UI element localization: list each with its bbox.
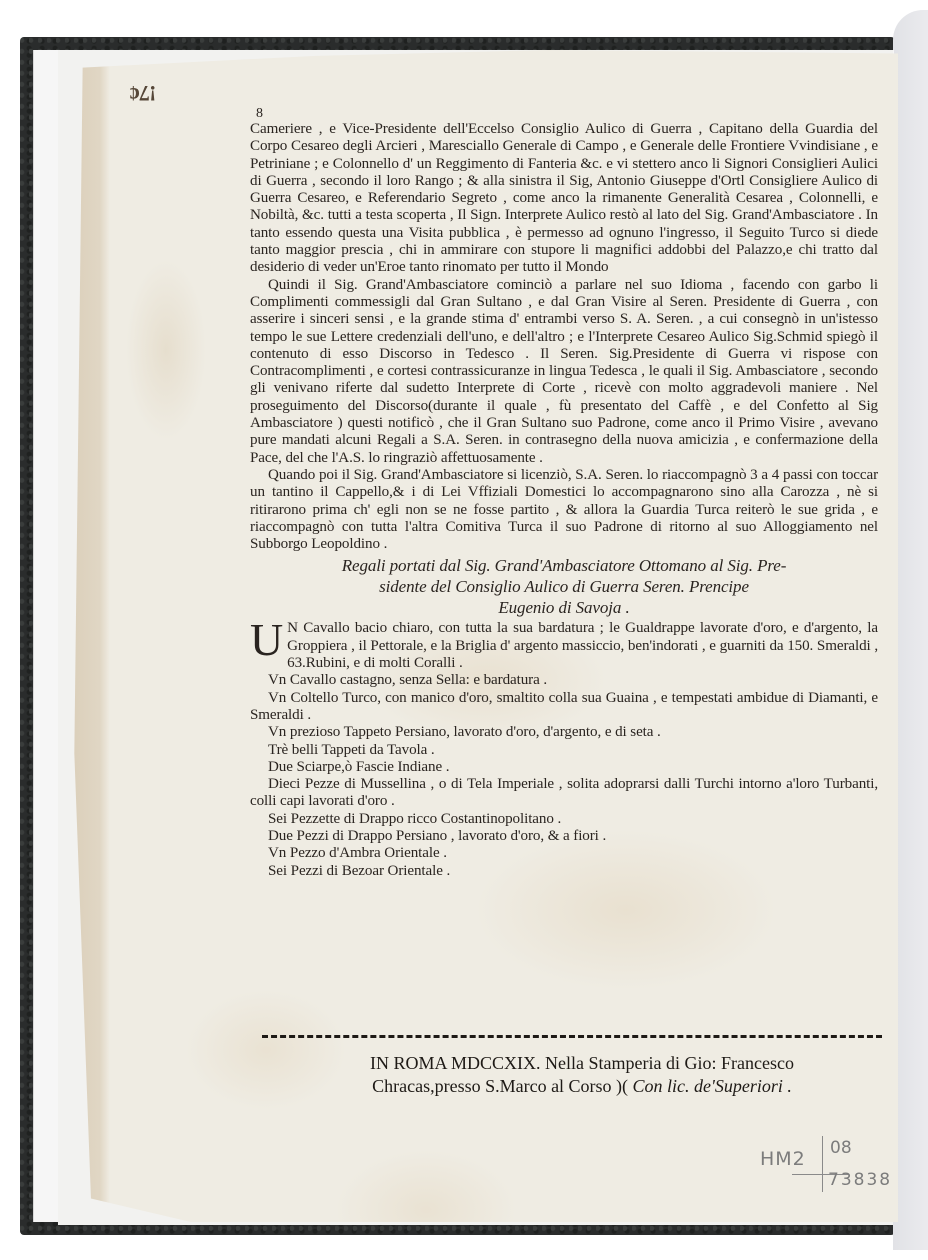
heading-line: Regali portati dal Sig. Grand'Ambasciato… bbox=[250, 555, 878, 576]
gift-item: Vn Cavallo castagno, senza Sella: e bard… bbox=[250, 672, 878, 689]
document-body: 8 Cameriere , e Vice-Presidente dell'Ecc… bbox=[250, 107, 878, 880]
colophon-license: Con lic. de'Superiori . bbox=[633, 1076, 792, 1096]
gift-item-first-text: N Cavallo bacio chiaro, con tutta la sua… bbox=[287, 620, 878, 671]
heading-line: Eugenio di Savoja . bbox=[250, 597, 878, 618]
gift-item: Vn prezioso Tappeto Persiano, lavorato d… bbox=[250, 724, 878, 741]
gift-item: Sei Pezzi di Bezoar Orientale . bbox=[250, 863, 878, 880]
ornamental-rule bbox=[262, 1035, 882, 1042]
heading-line: sidente del Consiglio Aulico di Guerra S… bbox=[250, 576, 878, 597]
colophon-printer: Chracas,presso S.Marco al Corso )( bbox=[372, 1076, 628, 1096]
gift-item: Trè belli Tappeti da Tavola . bbox=[250, 742, 878, 759]
gift-item: Vn Pezzo d'Ambra Orientale . bbox=[250, 845, 878, 862]
gift-item: Dieci Pezze di Mussellina , o di Tela Im… bbox=[250, 776, 878, 811]
paragraph-2: Quindi il Sig. Grand'Ambasciatore cominc… bbox=[250, 277, 878, 467]
accession-number: 73838 bbox=[828, 1170, 892, 1190]
gift-item: Due Sciarpe,ò Fascie Indiane . bbox=[250, 759, 878, 776]
gift-item: Sei Pezzette di Drappo ricco Costantinop… bbox=[250, 811, 878, 828]
colophon: IN ROMA MDCCXIX. Nella Stamperia di Gio:… bbox=[262, 1052, 902, 1098]
shelfmark: HM2 bbox=[760, 1148, 806, 1170]
ink-folio-mark: !7¢ bbox=[130, 80, 156, 106]
shelfmark-superscript: 08 bbox=[830, 1138, 852, 1158]
gifts-heading: Regali portati dal Sig. Grand'Ambasciato… bbox=[250, 555, 878, 618]
pencil-divider-vertical bbox=[822, 1136, 823, 1192]
drop-cap: U bbox=[250, 622, 283, 658]
colophon-line-1: IN ROMA MDCCXIX. Nella Stamperia di Gio:… bbox=[262, 1052, 902, 1075]
gift-item: Vn Coltello Turco, con manico d'oro, sma… bbox=[250, 690, 878, 725]
paragraph-1: Cameriere , e Vice-Presidente dell'Eccel… bbox=[250, 121, 878, 277]
colophon-line-2: Chracas,presso S.Marco al Corso )( Con l… bbox=[262, 1075, 902, 1098]
paragraph-3: Quando poi il Sig. Grand'Ambasciatore si… bbox=[250, 467, 878, 553]
gift-item: Due Pezzi di Drappo Persiano , lavorato … bbox=[250, 828, 878, 845]
gift-item-first: UN Cavallo bacio chiaro, con tutta la su… bbox=[250, 620, 878, 672]
page-number: 8 bbox=[256, 107, 878, 121]
